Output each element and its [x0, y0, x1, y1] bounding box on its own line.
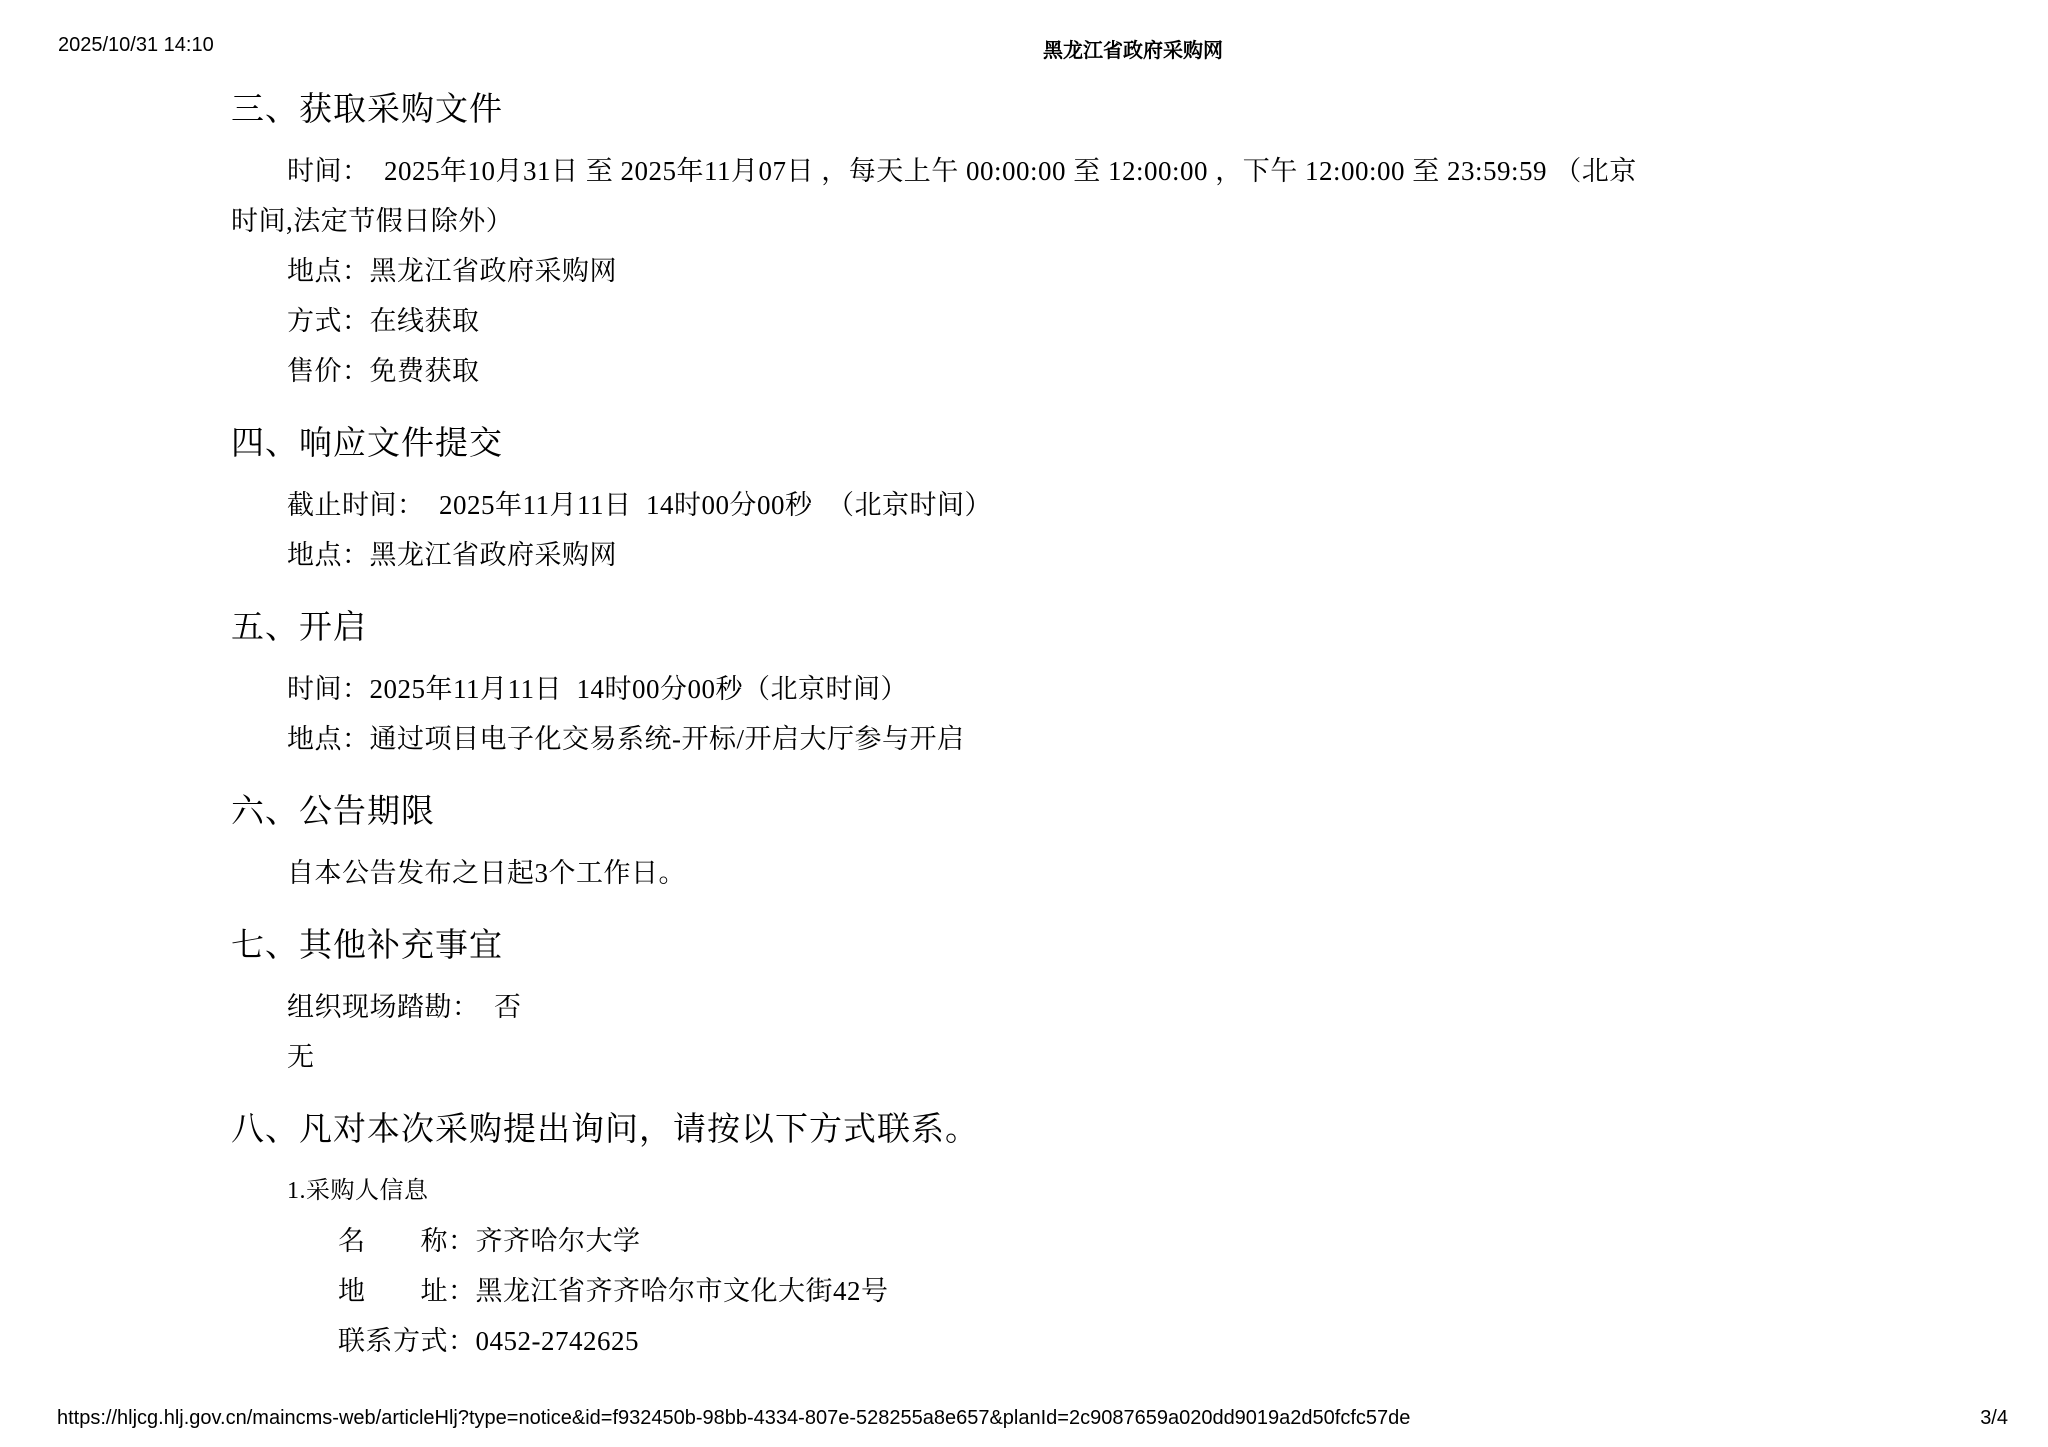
document-content: 三、获取采购文件 时间： 2025年10月31日 至 2025年11月07日 ，… [231, 62, 1871, 1366]
document-section: 四、响应文件提交 截止时间： 2025年11月11日 14时00分00秒 （北京… [231, 424, 1871, 580]
print-footer: https://hljcg.hlj.gov.cn/maincms-web/art… [0, 1407, 2048, 1433]
doc-line: 时间： 2025年10月31日 至 2025年11月07日 ，每天上午 00:0… [231, 146, 1871, 196]
doc-line: 截止时间： 2025年11月11日 14时00分00秒 （北京时间） [231, 480, 1871, 530]
document-section: 五、开启 时间：2025年11月11日 14时00分00秒（北京时间）地点：通过… [231, 608, 1871, 764]
print-timestamp: 2025/10/31 14:10 [58, 34, 214, 57]
doc-line: 方式：在线获取 [231, 296, 1871, 346]
doc-line: 时间,法定节假日除外） [231, 196, 1871, 246]
doc-line: 名 称：齐齐哈尔大学 [231, 1216, 1871, 1266]
document-section: 八、凡对本次采购提出询问，请按以下方式联系。 1.采购人信息名 称：齐齐哈尔大学… [231, 1110, 1871, 1366]
print-title: 黑龙江省政府采购网 [1043, 34, 1223, 63]
document-section: 三、获取采购文件 时间： 2025年10月31日 至 2025年11月07日 ，… [231, 90, 1871, 396]
doc-line: 1.采购人信息 [231, 1166, 1871, 1216]
doc-line: 地点：黑龙江省政府采购网 [231, 246, 1871, 296]
section-heading: 三、获取采购文件 [231, 90, 1871, 130]
section-heading: 六、公告期限 [231, 792, 1871, 832]
doc-line: 无 [231, 1032, 1871, 1082]
section-heading: 四、响应文件提交 [231, 424, 1871, 464]
document-section: 七、其他补充事宜 组织现场踏勘： 否无 [231, 926, 1871, 1082]
doc-line: 自本公告发布之日起3个工作日。 [231, 848, 1871, 898]
print-url: https://hljcg.hlj.gov.cn/maincms-web/art… [57, 1407, 1410, 1430]
page-number: 3/4 [1980, 1407, 2008, 1430]
document-section: 六、公告期限 自本公告发布之日起3个工作日。 [231, 792, 1871, 898]
doc-line: 售价：免费获取 [231, 346, 1871, 396]
doc-line: 时间：2025年11月11日 14时00分00秒（北京时间） [231, 664, 1871, 714]
section-heading: 五、开启 [231, 608, 1871, 648]
doc-line: 地点：通过项目电子化交易系统-开标/开启大厅参与开启 [231, 714, 1871, 764]
doc-line: 地点：黑龙江省政府采购网 [231, 530, 1871, 580]
doc-line: 组织现场踏勘： 否 [231, 982, 1871, 1032]
doc-line: 地 址：黑龙江省齐齐哈尔市文化大街42号 [231, 1266, 1871, 1316]
doc-line: 联系方式：0452-2742625 [231, 1316, 1871, 1366]
print-header: 2025/10/31 14:10 黑龙江省政府采购网 [0, 0, 2048, 62]
section-heading: 七、其他补充事宜 [231, 926, 1871, 966]
section-heading: 八、凡对本次采购提出询问，请按以下方式联系。 [231, 1110, 1871, 1150]
